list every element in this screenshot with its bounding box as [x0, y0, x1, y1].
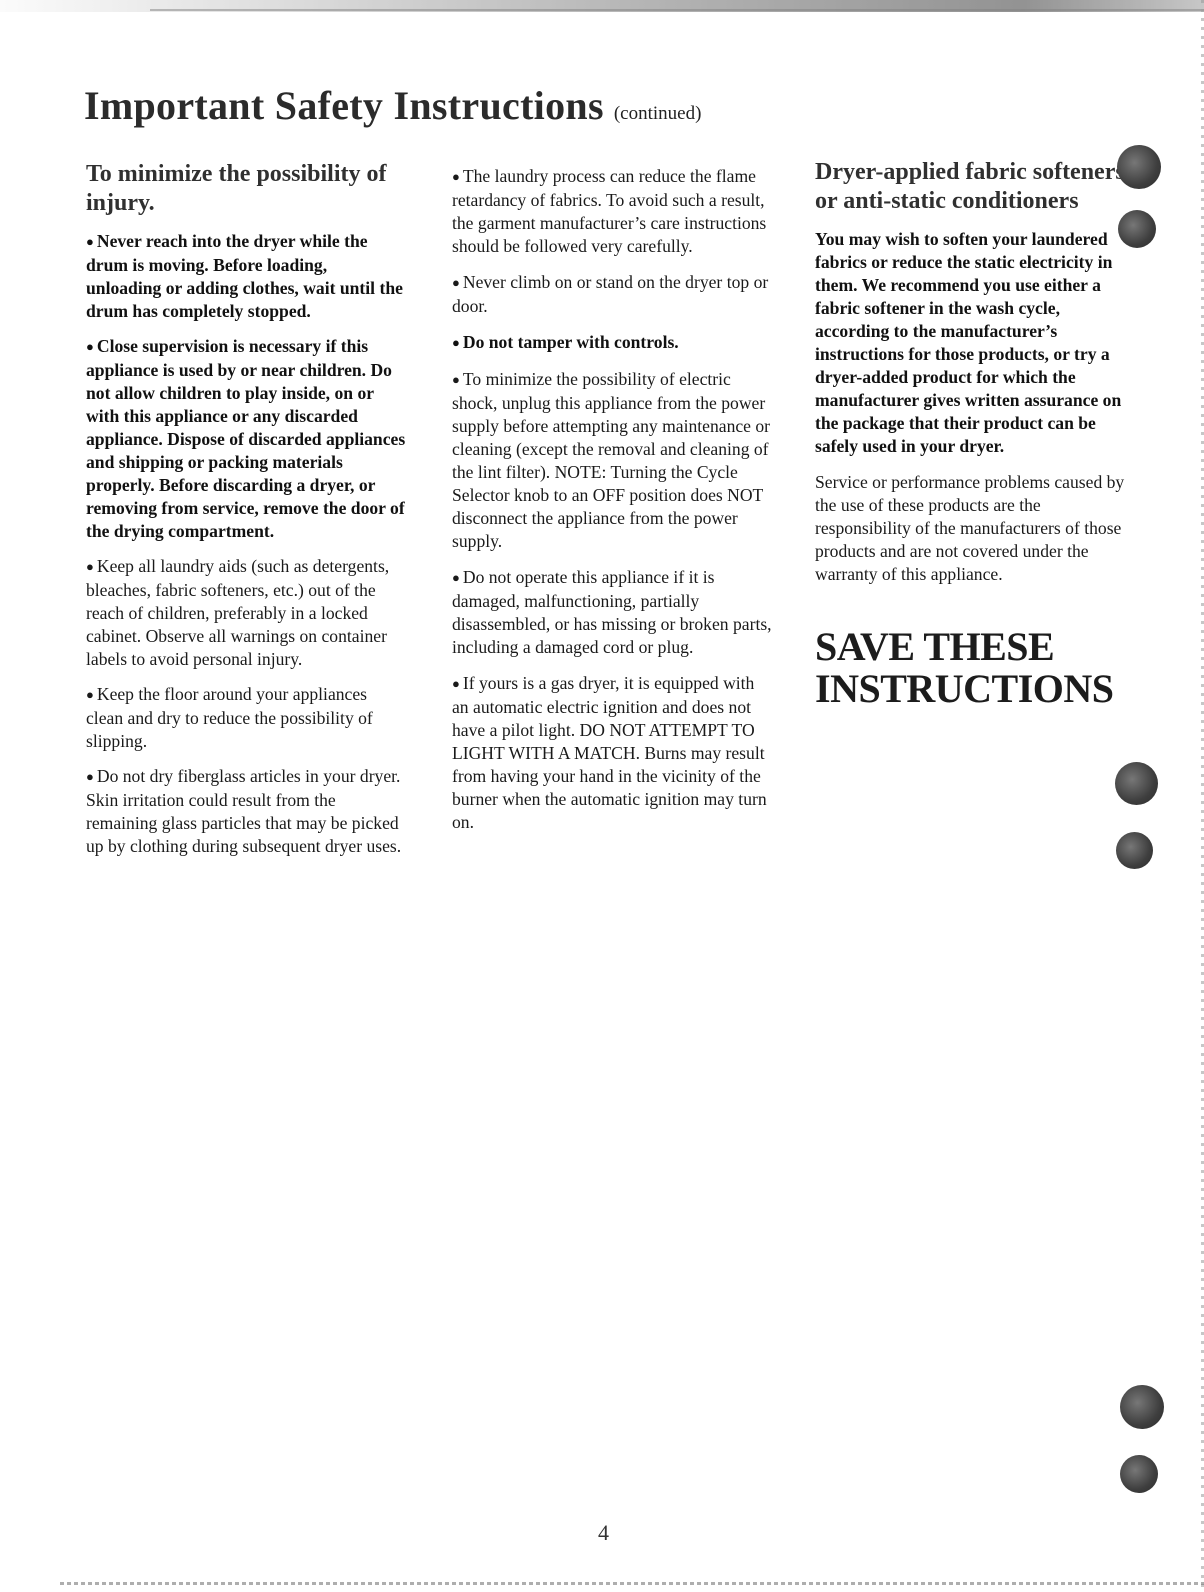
section-heading-softeners: Dryer-applied fabric softeners or anti-s… — [815, 158, 1135, 216]
binder-hole-dot-icon — [1120, 1385, 1164, 1429]
softener-recommendation: You may wish to soften your laundered fa… — [815, 228, 1135, 458]
page-title-suffix: (continued) — [614, 103, 702, 124]
bullet-icon: ● — [86, 559, 94, 574]
list-item: ●Keep all laundry aids (such as detergen… — [86, 555, 406, 671]
section-heading-injury: To minimize the possibility of injury. — [86, 160, 406, 218]
scan-artifact-bottom — [60, 1582, 1204, 1585]
binder-hole-dot-icon — [1115, 762, 1158, 805]
bullet-icon: ● — [86, 339, 94, 354]
list-item: ●If yours is a gas dryer, it is equipped… — [452, 672, 772, 834]
list-item: ●To minimize the possibility of electric… — [452, 368, 772, 553]
scan-artifact-top — [0, 0, 1204, 12]
list-item: ●Keep the floor around your appliances c… — [86, 683, 406, 753]
save-instructions-heading: SAVE THESE INSTRUCTIONS — [815, 626, 1135, 710]
binder-hole-dot-icon — [1116, 832, 1153, 869]
list-item: ●Do not operate this appliance if it is … — [452, 566, 772, 659]
bullet-icon: ● — [452, 570, 460, 585]
binder-hole-dot-icon — [1120, 1455, 1158, 1493]
warranty-note: Service or performance problems caused b… — [815, 471, 1135, 586]
binder-hole-dot-icon — [1117, 145, 1161, 189]
bullet-icon: ● — [86, 234, 94, 249]
binder-hole-dot-icon — [1118, 210, 1156, 248]
list-item: ●Do not dry fiberglass articles in your … — [86, 765, 406, 858]
page-title: Important Safety Instructions (continued… — [84, 82, 701, 129]
column-injury: To minimize the possibility of injury. ●… — [86, 160, 406, 870]
list-item: ●The laundry process can reduce the flam… — [452, 165, 772, 258]
column-continued-warnings: ●The laundry process can reduce the flam… — [452, 165, 772, 847]
bullet-icon: ● — [86, 769, 94, 784]
page-number: 4 — [598, 1520, 609, 1546]
list-item: ●Never climb on or stand on the dryer to… — [452, 271, 772, 318]
bullet-icon: ● — [86, 687, 94, 702]
bullet-icon: ● — [452, 372, 460, 387]
bullet-icon: ● — [452, 335, 460, 350]
column-fabric-softeners: Dryer-applied fabric softeners or anti-s… — [815, 158, 1135, 710]
bullet-icon: ● — [452, 169, 460, 184]
bullet-icon: ● — [452, 275, 460, 290]
page-title-main: Important Safety Instructions — [84, 83, 604, 128]
list-item: ●Close supervision is necessary if this … — [86, 335, 406, 543]
list-item: ●Never reach into the dryer while the dr… — [86, 230, 406, 323]
list-item: ●Do not tamper with controls. — [452, 331, 772, 355]
bullet-icon: ● — [452, 676, 460, 691]
